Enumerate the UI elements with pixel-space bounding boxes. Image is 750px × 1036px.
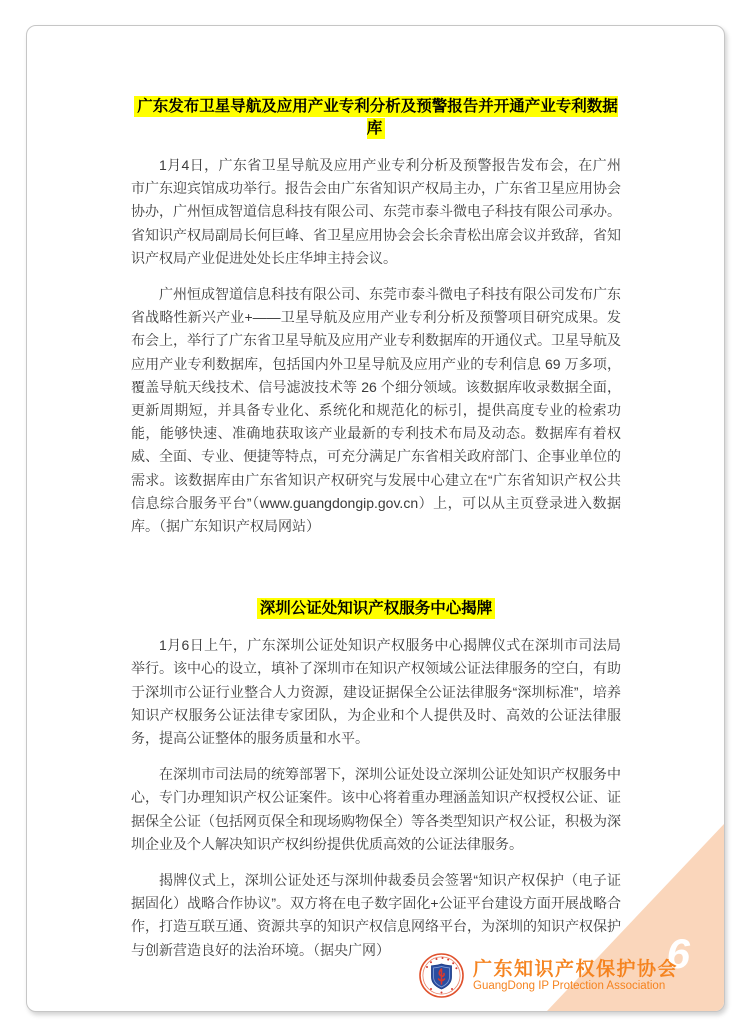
article-shenzhen-notary-center: 深圳公证处知识产权服务中心揭牌 1月6日上午，广东深圳公证处知识产权服务中心揭牌… (131, 598, 621, 962)
footer-brand: 广东知识产权保护协会 GuangDong IP Protection Assoc… (419, 953, 678, 998)
org-name-block: 广东知识产权保护协会 GuangDong IP Protection Assoc… (473, 959, 678, 993)
article-title: 深圳公证处知识产权服务中心揭牌 (131, 598, 621, 620)
page-content: 广东发布卫星导航及应用产业专利分析及预警报告并开通产业专利数据库 1月4日，广东… (131, 96, 621, 975)
article-title: 广东发布卫星导航及应用产业专利分析及预警报告并开通产业专利数据库 (131, 96, 621, 140)
article-paragraph: 广州恒成智道信息科技有限公司、东莞市泰斗微电子科技有限公司发布广东省战略性新兴产… (131, 283, 621, 538)
article-satellite-patent-report: 广东发布卫星导航及应用产业专利分析及预警报告并开通产业专利数据库 1月4日，广东… (131, 96, 621, 538)
document-page: 广东发布卫星导航及应用产业专利分析及预警报告并开通产业专利数据库 1月4日，广东… (26, 25, 725, 1012)
article-paragraph: 在深圳市司法局的统筹部署下，深圳公证处设立深圳公证处知识产权服务中心，专门办理知… (131, 763, 621, 856)
org-name-chinese: 广东知识产权保护协会 (473, 959, 678, 980)
article-title-highlight: 深圳公证处知识产权服务中心揭牌 (257, 598, 496, 619)
association-emblem-icon (419, 953, 464, 998)
article-paragraph: 1月6日上午，广东深圳公证处知识产权服务中心揭牌仪式在深圳市司法局举行。该中心的… (131, 634, 621, 750)
org-name-english: GuangDong IP Protection Association (473, 980, 678, 993)
article-title-highlight: 广东发布卫星导航及应用产业专利分析及预警报告并开通产业专利数据库 (134, 96, 618, 139)
article-paragraph: 揭牌仪式上，深圳公证处还与深圳仲裁委员会签署“知识产权保护（电子证据固化）战略合… (131, 869, 621, 962)
article-paragraph: 1月4日，广东省卫星导航及应用产业专利分析及预警报告发布会，在广州市广东迎宾馆成… (131, 154, 621, 270)
